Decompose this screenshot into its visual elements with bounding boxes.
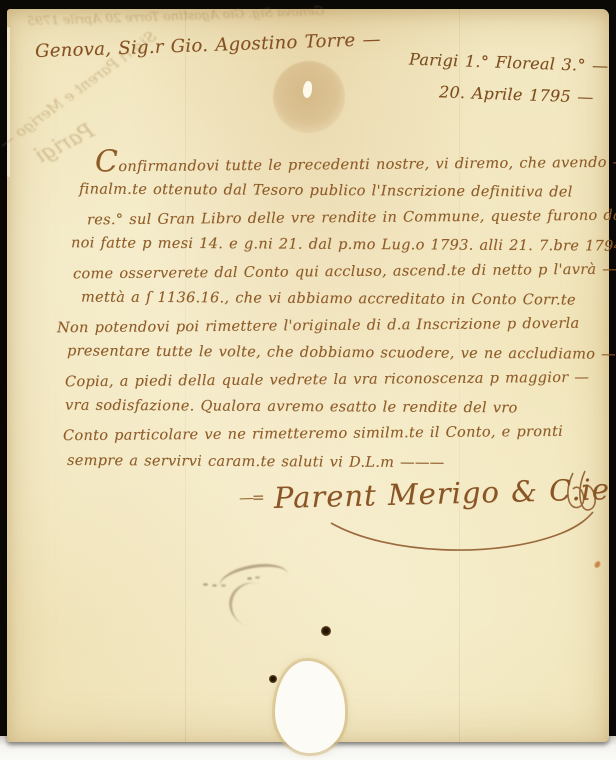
body-line: vra sodisfazione. Qualora avremo esatto …: [65, 398, 518, 417]
body-line: noi fatte p mesi 14. e g.ni 21. dal p.mo…: [71, 235, 616, 255]
signature-paraph: [559, 467, 601, 525]
body-line: sempre a servirvi caram.te saluti vi D.L…: [67, 453, 445, 471]
fold-line-right: [459, 9, 460, 742]
rust-fleck: [594, 560, 602, 569]
ink-smudge-dots: [203, 583, 208, 586]
body-line: Non potendovi poi rimettere l'originale …: [57, 316, 580, 337]
bleedthrough-top-docket: Genova Sig. Gio Agostino Torre 20 Aprile…: [27, 3, 325, 28]
body-line: presentare tutte le volte, che dobbiamo …: [67, 343, 616, 362]
body-line: Confirmandovi tutte le precedenti nostre…: [95, 153, 616, 176]
signature-flourish: [327, 509, 597, 559]
letter-paper: Genova Sig. Gio Agostino Torre 20 Aprile…: [7, 9, 609, 742]
paper-tear: [275, 661, 345, 753]
body-line: finalm.te ottenuto dal Tesoro publico l'…: [79, 181, 573, 200]
body-line: mettà a ſ 1136.16., che vi abbiamo accre…: [81, 289, 576, 308]
wormhole: [269, 675, 277, 683]
body-line: Conto particolare ve ne rimetteremo simi…: [63, 424, 563, 444]
fold-line-left: [185, 9, 186, 742]
body-line: Copia, a piedi della quale vedrete la vr…: [65, 370, 589, 391]
body-line: res.° sul Gran Libro delle vre rendite i…: [87, 208, 616, 229]
wormhole: [321, 626, 331, 636]
recipient-line: Genova, Sig.r Gio. Agostino Torre —: [35, 29, 381, 62]
signature-prefix-mark: —=: [239, 488, 263, 507]
scanned-letter-photo: Genova Sig. Gio Agostino Torre 20 Aprile…: [0, 0, 616, 760]
dateline-date: 20. Aprile 1795 —: [439, 82, 594, 106]
dateline-place: Parigi 1.° Floreal 3.° —: [409, 50, 609, 76]
body-line: come osserverete dal Conto qui accluso, …: [73, 262, 616, 283]
paper-edge-highlight: [7, 27, 10, 177]
